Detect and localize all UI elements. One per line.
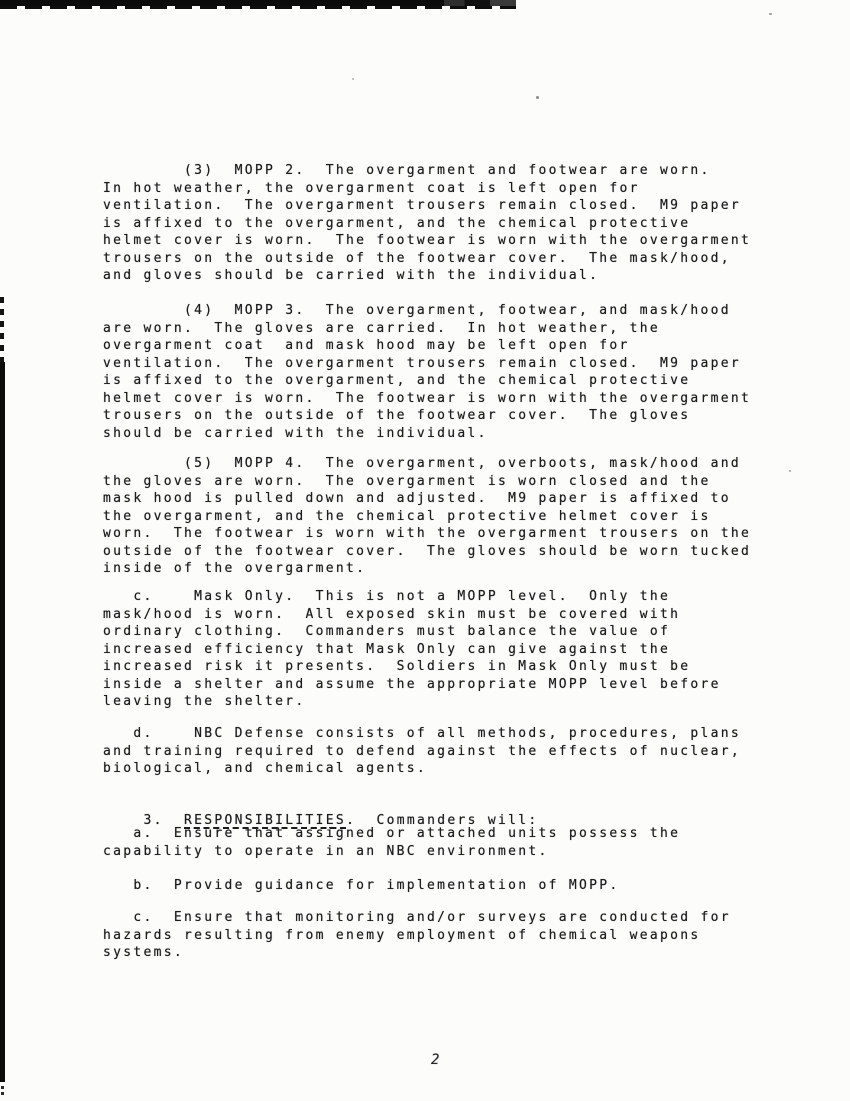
- paragraph-nbc-defense: d. NBC Defense consists of all methods, …: [103, 725, 741, 778]
- scan-speck: [769, 13, 772, 15]
- paragraph-mopp3: (4) MOPP 3. The overgarment, footwear, a…: [103, 302, 751, 442]
- scan-artifact-top-edge: [0, 0, 516, 6]
- paragraph-responsibility-c: c. Ensure that monitoring and/or surveys…: [103, 909, 731, 962]
- scan-speck: [536, 96, 539, 99]
- paragraph-responsibility-a: a. Ensure that assigned or attached unit…: [103, 825, 680, 860]
- paragraph-mopp4: (5) MOPP 4. The overgarment, overboots, …: [103, 455, 751, 578]
- scan-speck: [789, 470, 791, 472]
- scan-artifact-left-edge-tail: [1, 1086, 4, 1096]
- scan-speck: [352, 78, 354, 80]
- page-number: 2: [431, 1052, 441, 1068]
- scan-artifact-left-edge-bar: [0, 362, 5, 1082]
- paragraph-responsibility-b: b. Provide guidance for implementation o…: [103, 877, 619, 895]
- paragraph-mopp2: (3) MOPP 2. The overgarment and footwear…: [103, 162, 751, 285]
- paragraph-mask-only: c. Mask Only. This is not a MOPP level. …: [103, 588, 721, 711]
- scan-artifact-left-edge-dashes: [0, 297, 4, 363]
- document-page: (3) MOPP 2. The overgarment and footwear…: [0, 0, 850, 1101]
